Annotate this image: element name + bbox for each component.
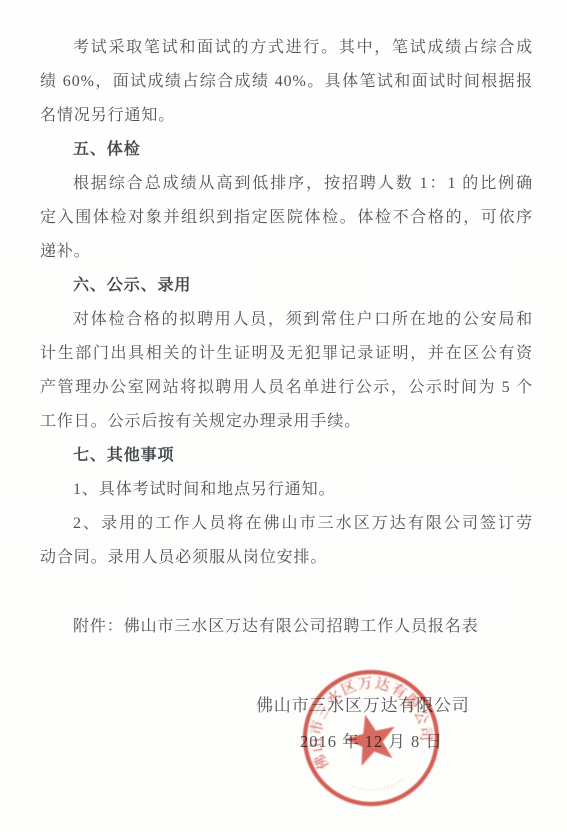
document-line: 定入围体检对象并组织到指定医院体检。体检不合格的，可依序 [40,201,533,235]
section-heading: 五、体检 [40,133,533,167]
document-line: 绩 60%，面试成绩占综合成绩 40%。具体笔试和面试时间根据报 [40,65,533,99]
document-line: 产管理办公室网站将拟聘用人员名单进行公示，公示时间为 5 个 [40,371,533,405]
section-heading: 七、其他事项 [40,439,533,473]
document-line: 对体检合格的拟聘用人员，须到常住户口所在地的公安局和 [40,303,533,337]
section-heading: 六、公示、录用 [40,269,533,303]
document-line: 动合同。录用人员必须服从岗位安排。 [40,541,533,575]
document-page: 考试采取笔试和面试的方式进行。其中，笔试成绩占综合成绩 60%，面试成绩占综合成… [0,0,567,832]
document-line: 1、具体考试时间和地点另行通知。 [40,473,533,507]
document-line: 计生部门出具相关的计生证明及无犯罪记录证明，并在区公有资 [40,337,533,371]
document-line: 考试采取笔试和面试的方式进行。其中，笔试成绩占综合成 [40,31,533,65]
seal-star-icon [340,708,402,768]
document-line: 2、录用的工作人员将在佛山市三水区万达有限公司签订劳 [40,507,533,541]
official-seal: 佛山市三水区万达有限公司 ·············· [281,648,461,828]
document-line: 附件：佛山市三水区万达有限公司招聘工作人员报名表 [40,610,533,644]
document-body: 考试采取笔试和面试的方式进行。其中，笔试成绩占综合成绩 60%，面试成绩占综合成… [0,0,567,644]
document-line: 名情况另行通知。 [40,99,533,133]
document-line: 根据综合总成绩从高到低排序，按招聘人数 1：1 的比例确 [40,167,533,201]
document-line: 工作日。公示后按有关规定办理录用手续。 [40,405,533,439]
document-line: 递补。 [40,235,533,269]
